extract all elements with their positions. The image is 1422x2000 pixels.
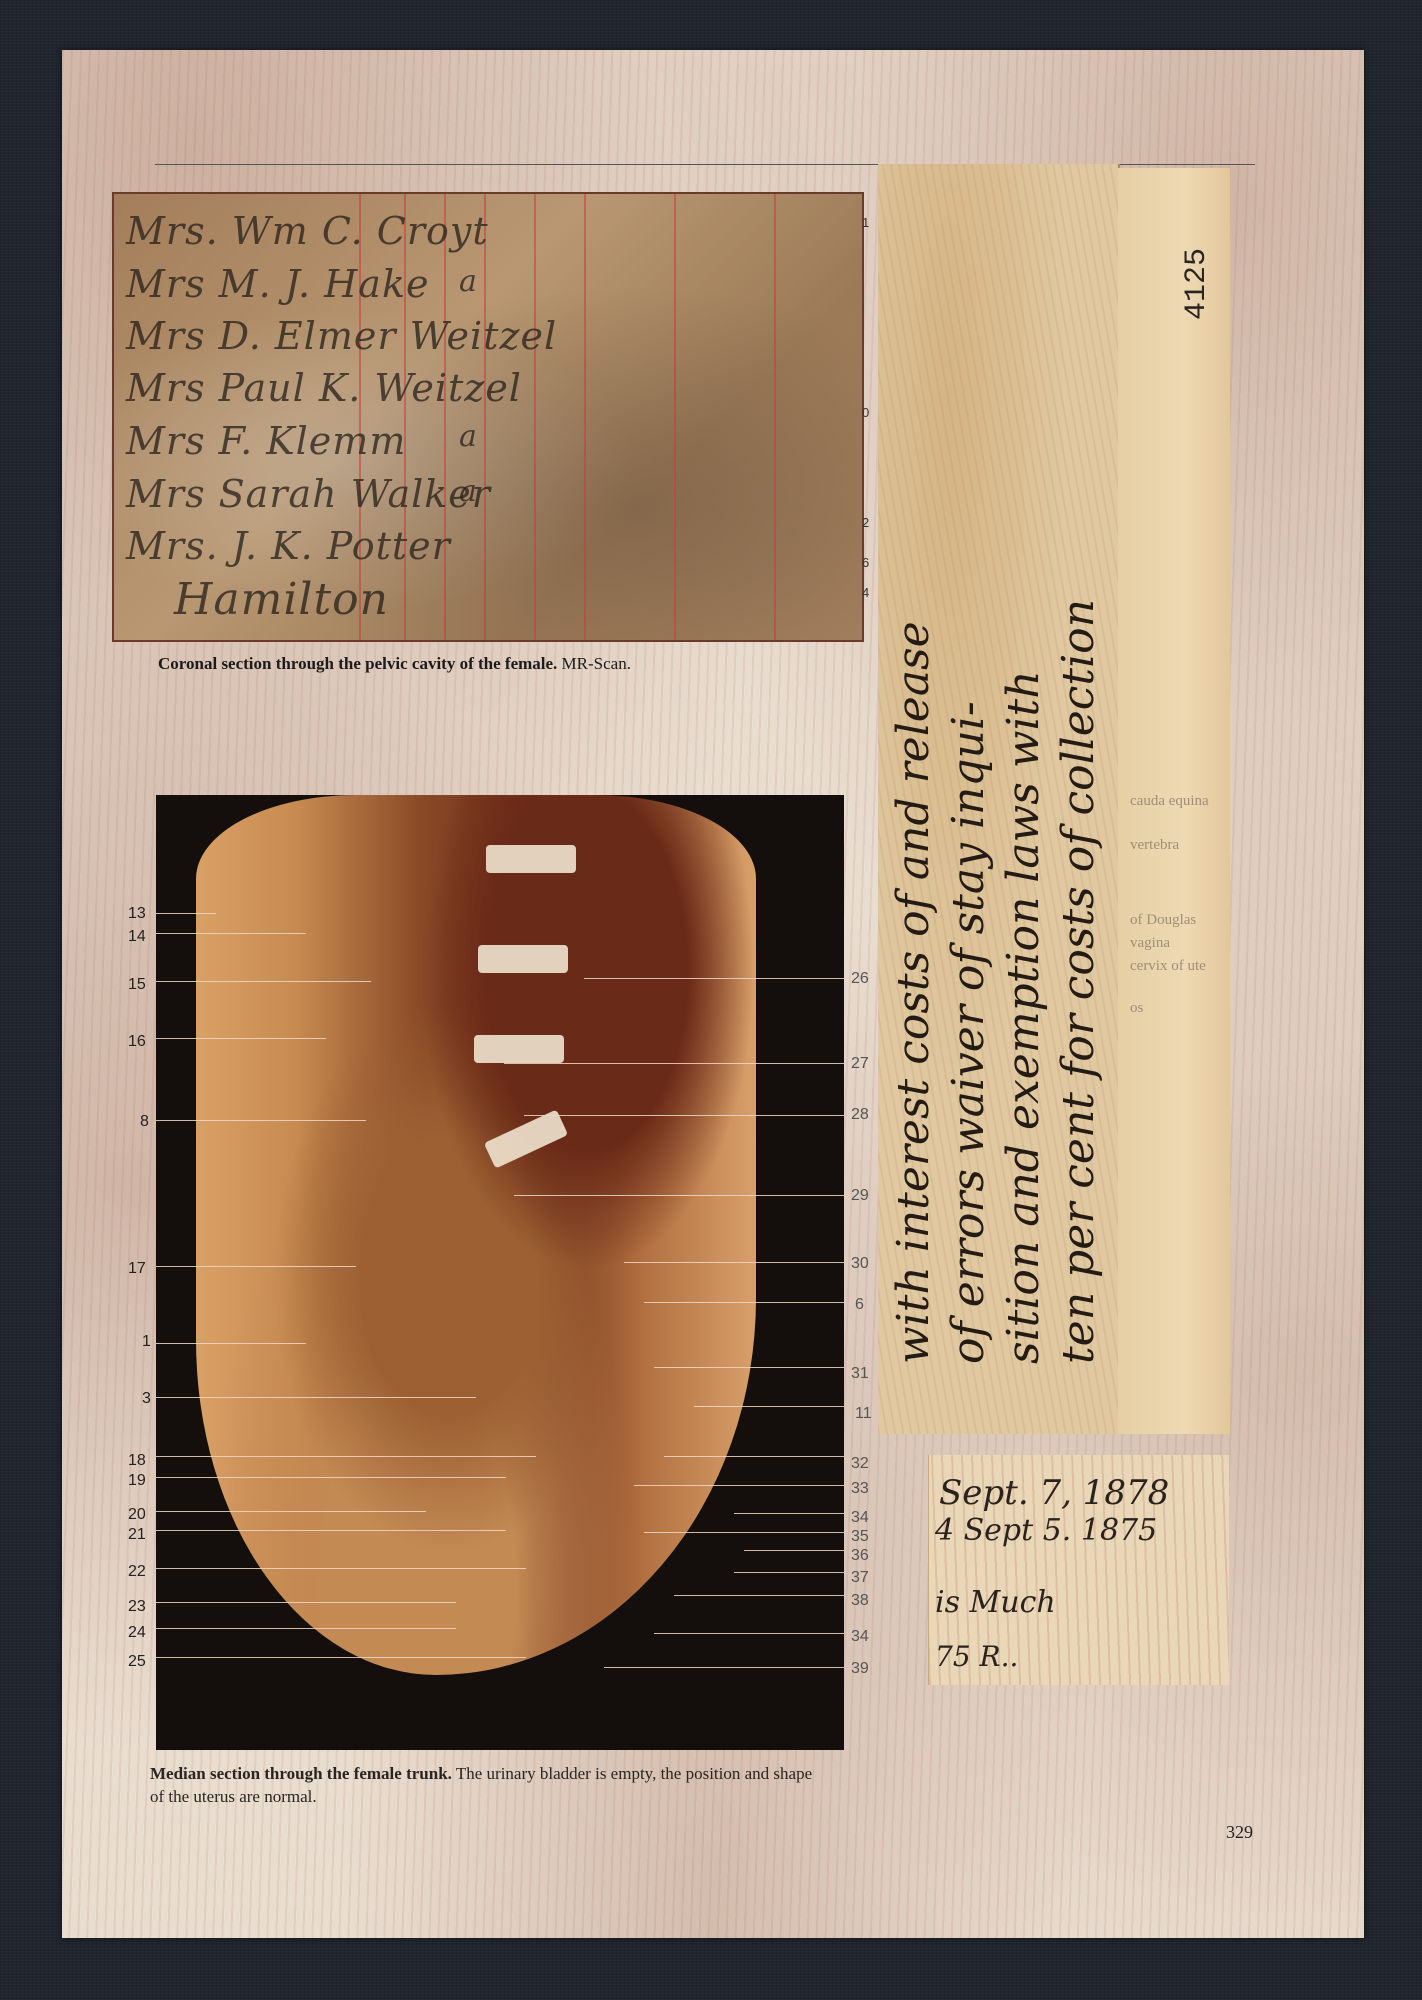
plate-label-right: 6 — [855, 1296, 864, 1314]
ledger-red-rule — [774, 194, 776, 640]
ledger-paper: Mrs. Wm C. Croyt Mrs M. J. Hake Mrs D. E… — [112, 192, 864, 642]
plate-label-right: 11 — [855, 1405, 872, 1423]
ghost-label: vertebra — [1130, 837, 1179, 854]
ledger-name: Mrs M. J. Hake — [126, 262, 429, 306]
plate-label-right: 27 — [851, 1055, 869, 1073]
ledger-name: Mrs. J. K. Potter — [126, 524, 451, 568]
plate-label-left: 23 — [128, 1598, 146, 1616]
plate-label-left: 24 — [128, 1624, 146, 1642]
leader-line — [694, 1406, 844, 1407]
ledger-name: Mrs F. Klemm — [126, 419, 406, 463]
ledger-red-rule — [484, 194, 486, 640]
leader-line — [156, 981, 371, 982]
plate-label-right: 33 — [851, 1480, 869, 1498]
ledger-red-rule — [674, 194, 676, 640]
leader-line — [156, 1456, 536, 1457]
plate-label-left: 17 — [128, 1260, 146, 1278]
ledger-name: Hamilton — [174, 574, 389, 625]
ledger-mark: a — [459, 419, 478, 454]
vertebra-disc — [474, 1035, 564, 1063]
leader-line — [156, 1266, 356, 1267]
leader-line — [514, 1195, 844, 1196]
leader-line — [156, 913, 216, 914]
leader-line — [744, 1550, 844, 1551]
plate-label-left: 8 — [140, 1113, 149, 1131]
leader-line — [156, 1568, 526, 1569]
script-line: with interest costs of and release — [888, 621, 939, 1364]
plate-label-left: 18 — [128, 1452, 146, 1470]
date-line: Sept. 7, 1878 — [939, 1473, 1169, 1513]
plate-label-left: 20 — [128, 1506, 146, 1524]
script-line: ten per cent for costs of collection — [1053, 599, 1104, 1364]
anatomy-plate — [156, 795, 844, 1750]
median-caption-bold: Median section through the female trunk. — [150, 1764, 452, 1783]
plate-label-left: 22 — [128, 1563, 146, 1581]
leader-line — [156, 1657, 526, 1658]
scale-strip: 1 0 2 6 4 — [862, 215, 872, 645]
leader-line — [156, 1397, 476, 1398]
leader-line — [156, 1530, 506, 1531]
date-line: 75 R.. — [935, 1640, 1018, 1673]
scale-digit: 1 — [862, 215, 869, 230]
leader-line — [624, 1262, 844, 1263]
plate-label-right: 32 — [851, 1455, 869, 1473]
plate-label-left: 14 — [128, 928, 146, 946]
stamp-number: 4125 — [1180, 248, 1214, 320]
plate-label-left: 16 — [128, 1033, 146, 1051]
leader-line — [156, 933, 306, 934]
plate-label-left: 25 — [128, 1653, 146, 1671]
plate-label-right: 29 — [851, 1187, 869, 1205]
ghost-label: of Douglas — [1130, 912, 1196, 929]
plate-label-right: 39 — [851, 1660, 869, 1678]
ghost-label: vagina — [1130, 935, 1170, 952]
ghost-label: cauda equina — [1130, 793, 1209, 810]
leader-line — [664, 1456, 844, 1457]
ledger-red-rule — [584, 194, 586, 640]
plate-label-left: 19 — [128, 1472, 146, 1490]
plate-label-right: 31 — [851, 1365, 869, 1383]
coronal-caption-regular: MR-Scan. — [557, 654, 631, 673]
leader-line — [156, 1343, 306, 1344]
plate-label-left: 21 — [128, 1526, 146, 1544]
scale-digit: 2 — [862, 515, 869, 530]
ledger-name: Mrs. Wm C. Croyt — [126, 209, 489, 253]
leader-line — [156, 1120, 366, 1121]
scale-digit: 6 — [862, 555, 869, 570]
median-section-illustration — [196, 795, 756, 1675]
leader-line — [504, 1063, 844, 1064]
leader-line — [156, 1602, 456, 1603]
plate-label-left: 3 — [142, 1390, 151, 1408]
plate-label-left: 13 — [128, 905, 146, 923]
ledger-name: Mrs Paul K. Weitzel — [126, 366, 522, 410]
leader-line — [156, 1038, 326, 1039]
plate-label-left: 1 — [142, 1333, 151, 1351]
ledger-mark: a — [459, 264, 478, 299]
ledger-name: Mrs D. Elmer Weitzel — [126, 314, 557, 358]
date-line: is Much — [935, 1585, 1056, 1620]
plate-label-right: 34 — [851, 1509, 869, 1527]
ghost-label: cervix of ute — [1130, 958, 1206, 975]
leader-line — [524, 1115, 844, 1116]
scale-digit: 4 — [862, 585, 869, 600]
leader-line — [644, 1302, 844, 1303]
plate-label-right: 37 — [851, 1569, 869, 1587]
date-line: 4 Sept 5. 1875 — [935, 1513, 1157, 1548]
leader-line — [584, 978, 844, 979]
ledger-name: Mrs Sarah Walker — [126, 472, 491, 516]
page-number: 329 — [1226, 1822, 1253, 1843]
script-line: of errors waiver of stay inqui- — [943, 701, 994, 1364]
plate-label-right: 26 — [851, 970, 869, 988]
vertebra-disc — [478, 945, 568, 973]
plate-label-right: 34 — [851, 1628, 869, 1646]
leader-line — [734, 1572, 844, 1573]
leader-line — [654, 1367, 844, 1368]
leader-line — [634, 1485, 844, 1486]
coronal-caption: Coronal section through the pelvic cavit… — [158, 654, 631, 674]
leader-line — [654, 1633, 844, 1634]
coronal-caption-bold: Coronal section through the pelvic cavit… — [158, 654, 557, 673]
plate-label-right: 38 — [851, 1592, 869, 1610]
handwritten-strip: with interest costs of and release of er… — [878, 164, 1120, 1434]
ledger-mark: a — [459, 474, 478, 509]
date-note: Sept. 7, 1878 4 Sept 5. 1875 is Much 75 … — [928, 1455, 1229, 1685]
leader-line — [604, 1667, 844, 1668]
ledger-red-rule — [444, 194, 446, 640]
median-caption: Median section through the female trunk.… — [150, 1762, 830, 1808]
plate-label-right: 36 — [851, 1547, 869, 1565]
plate-label-right: 30 — [851, 1255, 869, 1273]
plate-label-left: 15 — [128, 976, 146, 994]
leader-line — [156, 1511, 426, 1512]
leader-line — [156, 1628, 456, 1629]
script-line: sition and exemption laws with — [998, 670, 1049, 1364]
plate-label-right: 28 — [851, 1106, 869, 1124]
ledger-red-rule — [404, 194, 406, 640]
ledger-red-rule — [534, 194, 536, 640]
leader-line — [674, 1595, 844, 1596]
ghost-label: os — [1130, 1000, 1143, 1017]
leader-line — [156, 1477, 506, 1478]
scale-digit: 0 — [862, 405, 869, 420]
leader-line — [734, 1513, 844, 1514]
vertebra-disc — [486, 845, 576, 873]
plate-label-right: 35 — [851, 1528, 869, 1546]
leader-line — [644, 1532, 844, 1533]
